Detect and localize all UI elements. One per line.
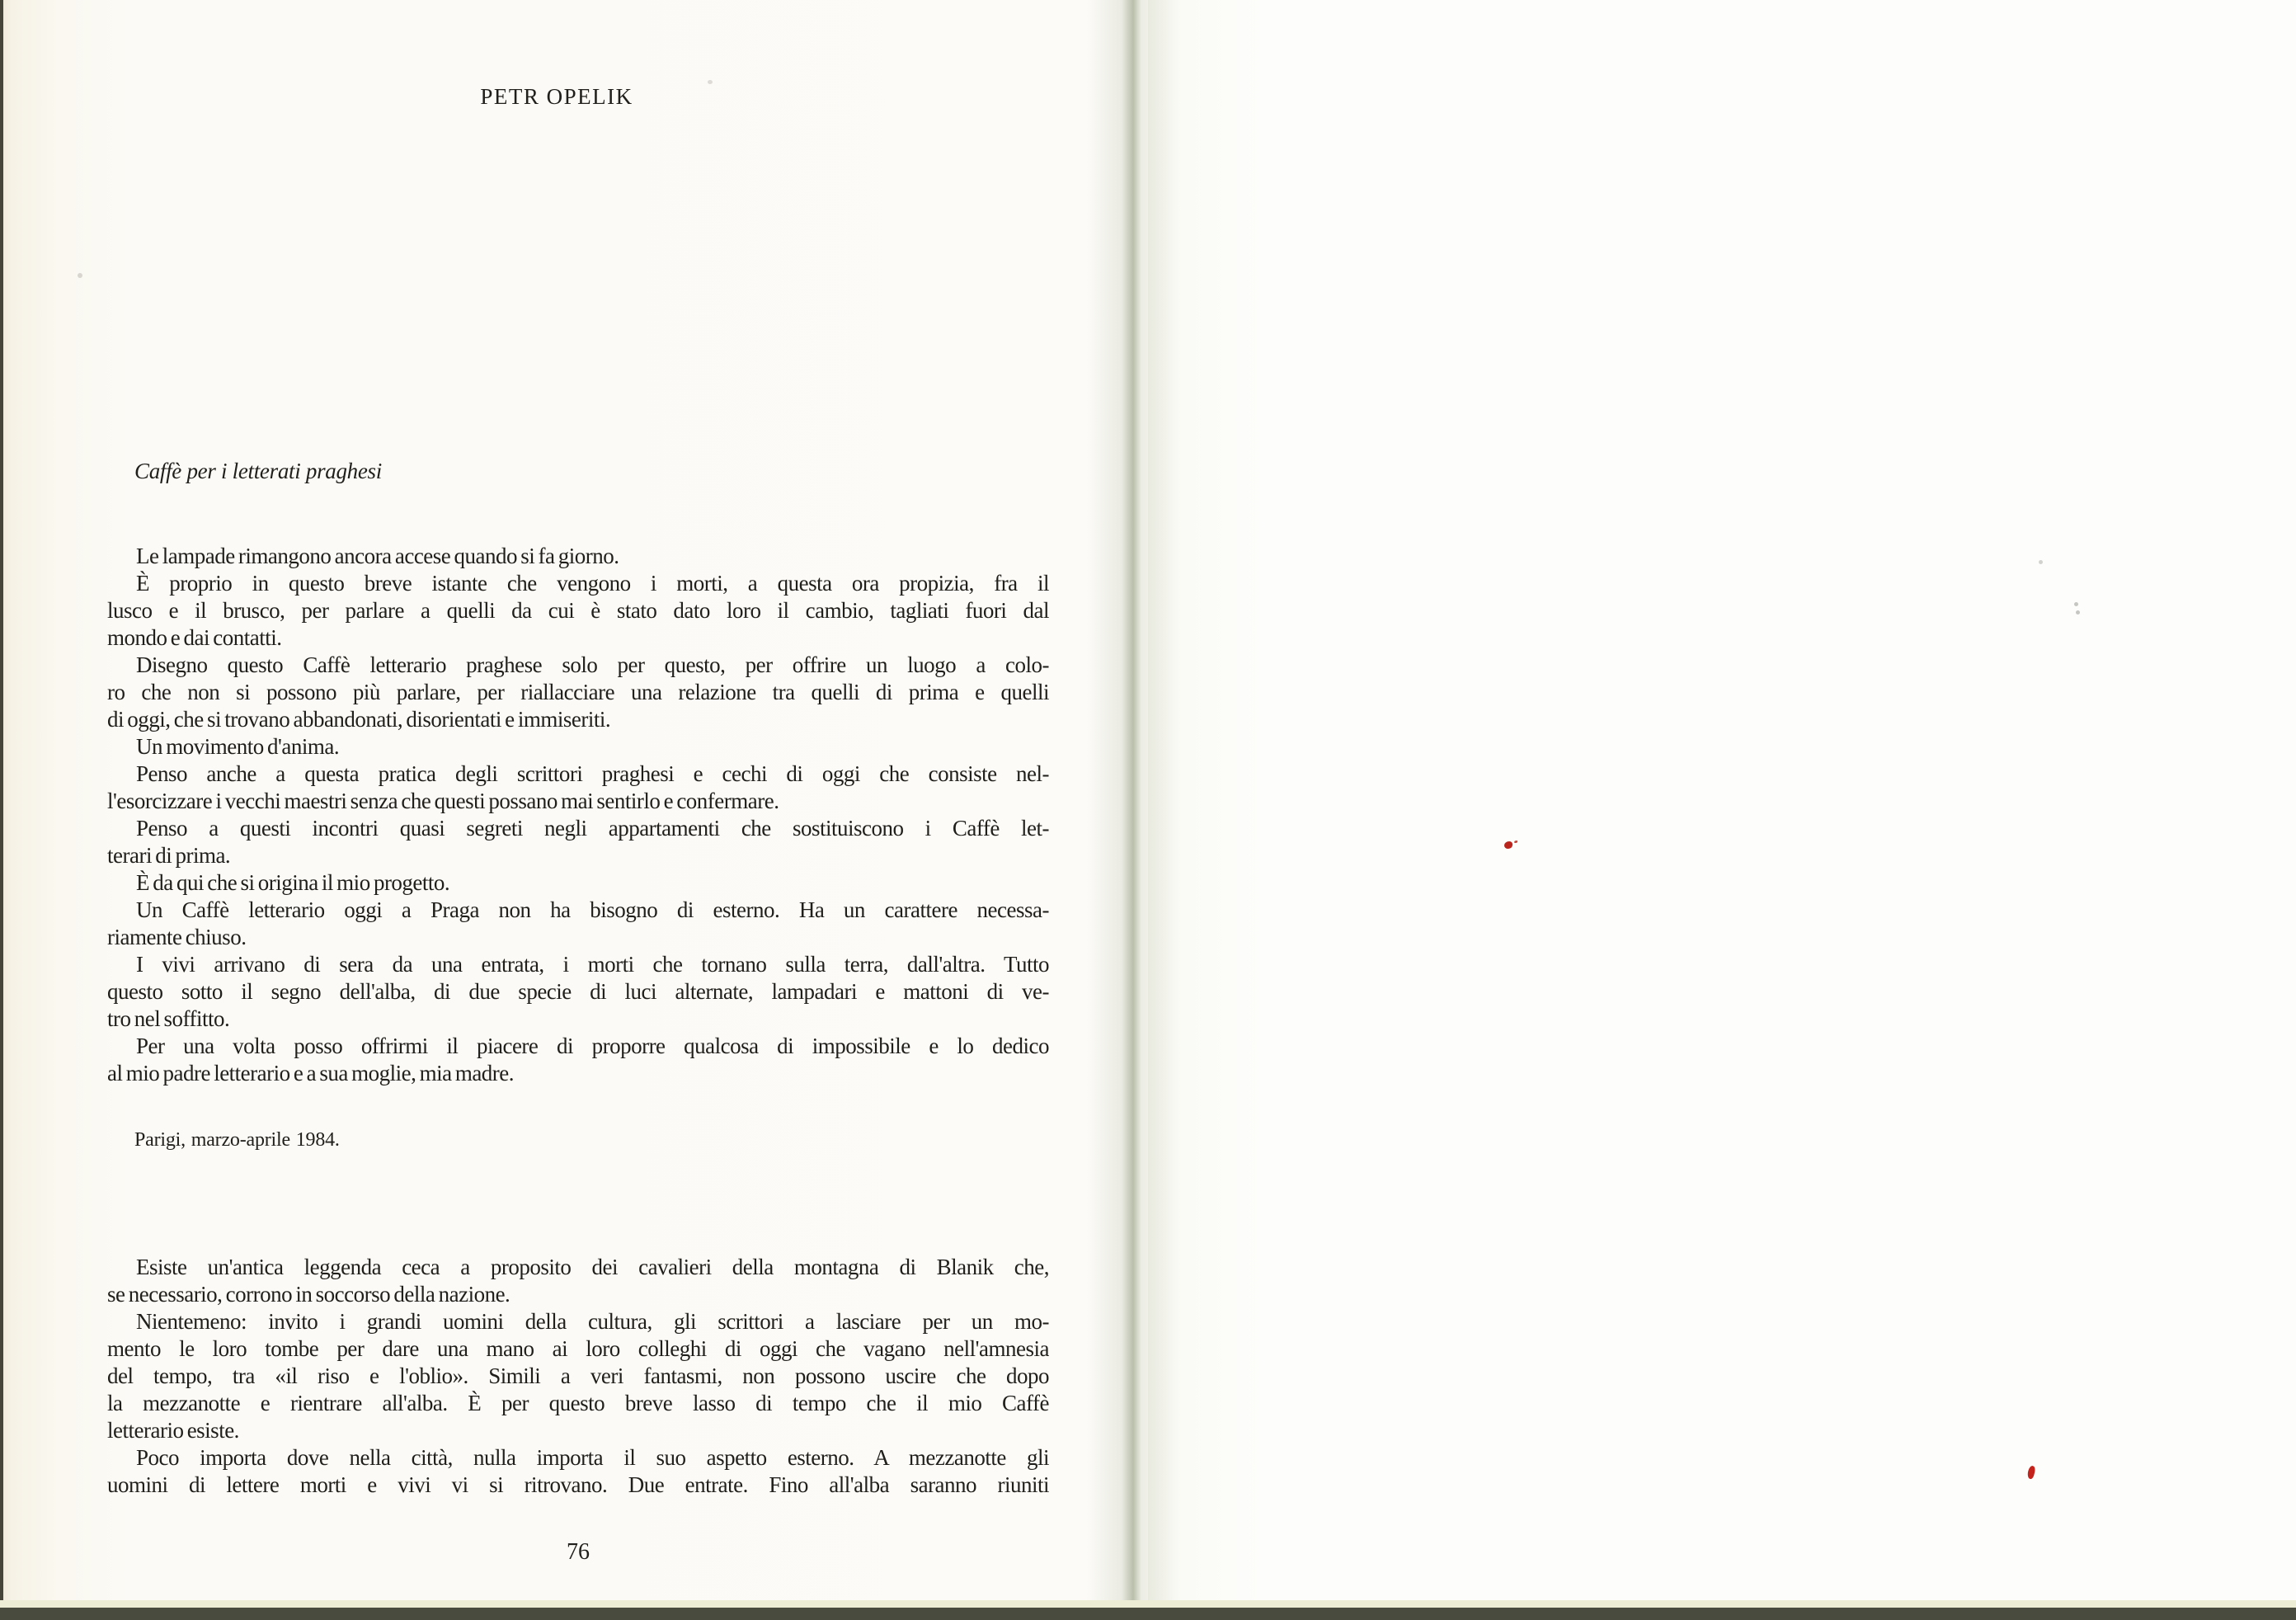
text-line: Poco importa dove nella città, nulla imp… (107, 1444, 1049, 1472)
scan-edge-left (0, 0, 3, 1620)
text-line: Disegno questo Caffè letterario praghese… (107, 652, 1049, 679)
text-line: mondo e dai contatti. (107, 624, 1049, 652)
page-gutter-shadow (1087, 0, 1202, 1608)
page-right: faccia a faccia, lungo l'ovale esteso de… (1148, 0, 2296, 1620)
scan-speck (78, 273, 82, 278)
scan-edge-bottom-highlight (0, 1600, 2296, 1608)
text-line: riamente chiuso. (107, 924, 1049, 951)
text-line: tro nel soffitto. (107, 1005, 1049, 1033)
text-line: mento le loro tombe per dare una mano ai… (107, 1335, 1049, 1363)
text-line: Le lampade rimangono ancora accese quand… (107, 543, 1049, 570)
page-number-left: 76 (107, 1539, 1049, 1566)
scan-speck (2039, 560, 2043, 564)
text-line: Un Caffè letterario oggi a Praga non ha … (107, 897, 1049, 924)
body-text-block-1: Le lampade rimangono ancora accese quand… (107, 543, 1049, 1087)
text-line: questo sotto il segno dell'alba, di due … (107, 978, 1049, 1005)
scan-edge-bottom (0, 1608, 2296, 1620)
dateline-parigi: Parigi, marzo-aprile 1984. (134, 1129, 340, 1151)
text-line: Nientemeno: invito i grandi uomini della… (107, 1308, 1049, 1335)
text-line: Esiste un'antica leggenda ceca a proposi… (107, 1254, 1049, 1281)
text-line: È da qui che si origina il mio progetto. (107, 869, 1049, 897)
scan-speck (708, 80, 713, 84)
text-line: È proprio in questo breve istante che ve… (107, 570, 1049, 597)
text-line: terari di prima. (107, 842, 1049, 869)
text-line: uomini di lettere morti e vivi vi si rit… (107, 1472, 1049, 1499)
text-line: l'esorcizzare i vecchi maestri senza che… (107, 788, 1049, 815)
text-line: Per una volta posso offrirmi il piacere … (107, 1033, 1049, 1060)
book-spread: PETR OPELIK Caffè per i letterati praghe… (0, 0, 2296, 1620)
text-line: la mezzanotte e rientrare all'alba. È pe… (107, 1390, 1049, 1417)
scan-speck (2074, 602, 2078, 606)
text-line: Penso anche a questa pratica degli scrit… (107, 761, 1049, 788)
body-text-block-2: Esiste un'antica leggenda ceca a proposi… (107, 1254, 1049, 1499)
text-line: letterario esiste. (107, 1417, 1049, 1444)
essay-title: Caffè per i letterati praghesi (134, 459, 382, 484)
text-line: al mio padre letterario e a sua moglie, … (107, 1060, 1049, 1087)
page-left: PETR OPELIK Caffè per i letterati praghe… (0, 0, 1148, 1620)
text-line: del tempo, tra «il riso e l'oblio». Simi… (107, 1363, 1049, 1390)
text-line: Penso a questi incontri quasi segreti ne… (107, 815, 1049, 842)
text-line: ro che non si possono più parlare, per r… (107, 679, 1049, 706)
text-line: I vivi arrivano di sera da una entrata, … (107, 951, 1049, 978)
text-line: di oggi, che si trovano abbandonati, dis… (107, 706, 1049, 733)
text-line: se necessario, corrono in soccorso della… (107, 1281, 1049, 1308)
text-line: lusco e il brusco, per parlare a quelli … (107, 597, 1049, 624)
text-line: Un movimento d'anima. (107, 733, 1049, 761)
author-heading: PETR OPELIK (107, 84, 1006, 110)
